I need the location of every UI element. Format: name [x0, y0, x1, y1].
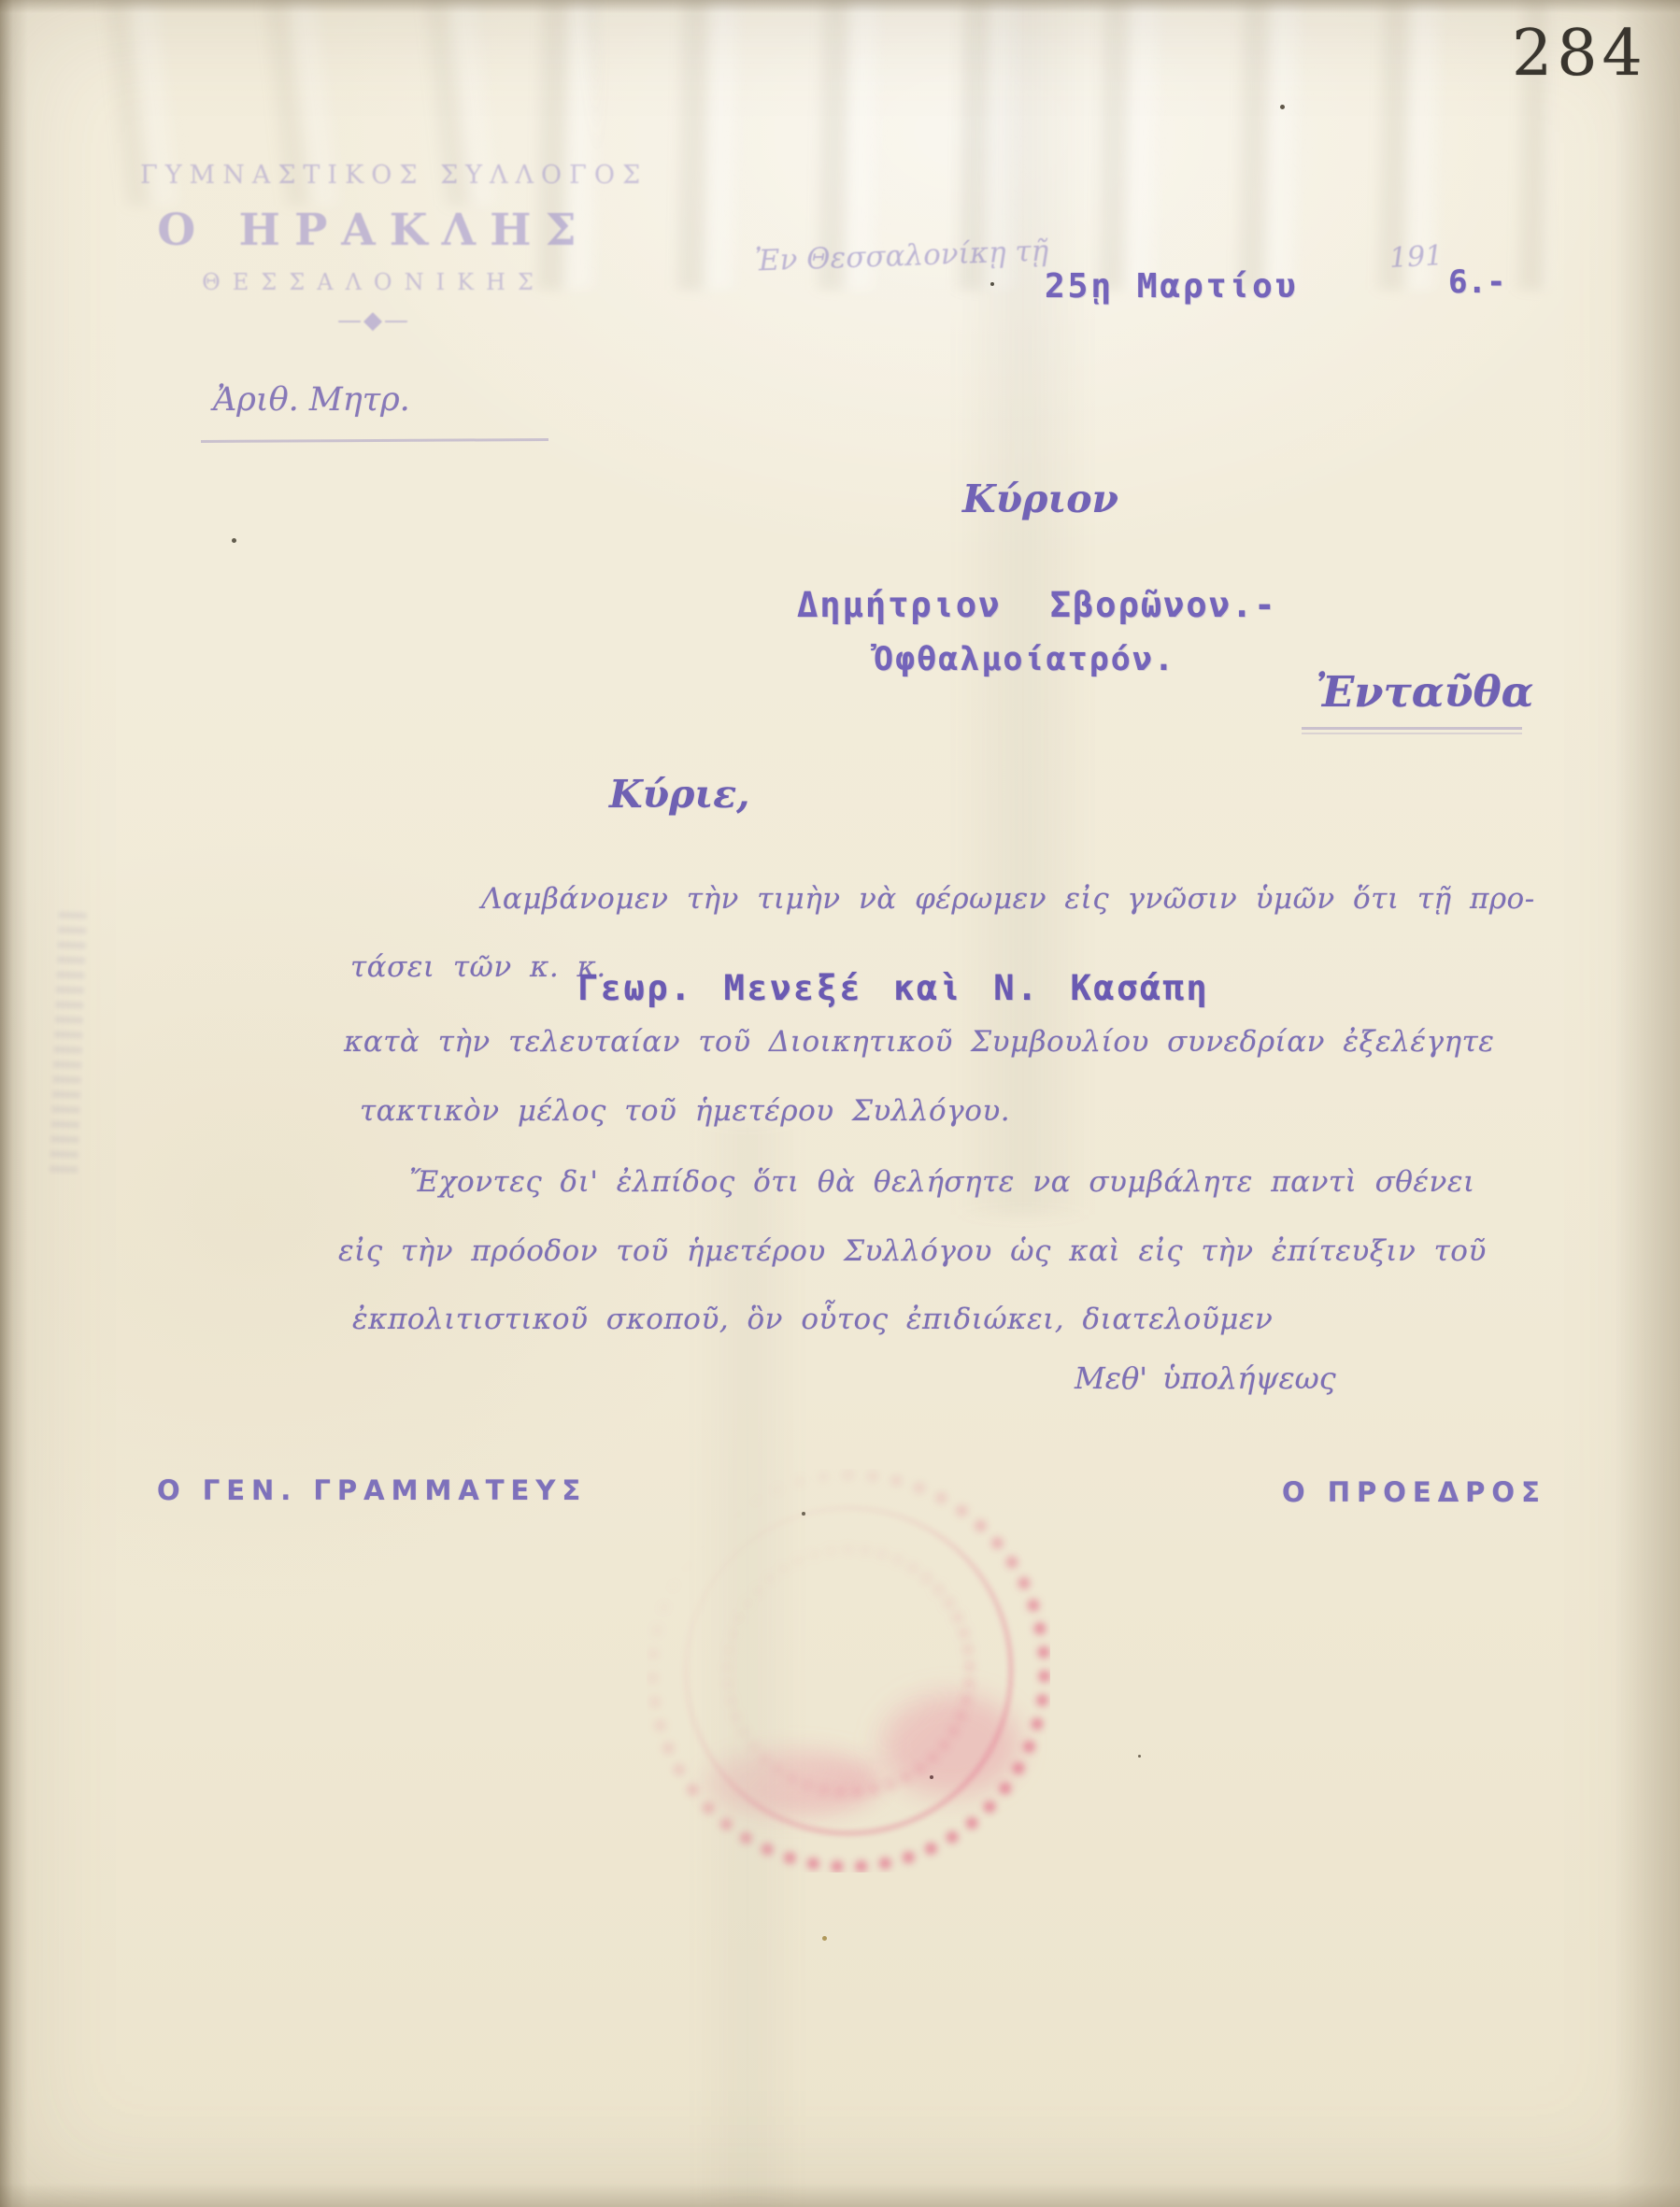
letterhead-club-type: ΓΥΜΝΑΣΤΙΚΟΣ ΣΥΛΛΟΓΟΣ: [140, 161, 607, 190]
scanned-letter-page: 284 ΓΥΜΝΑΣΤΙΚΟΣ ΣΥΛΛΟΓΟΣ Ο ΗΡΑΚΛΗΣ ΘΕΣΣΑ…: [0, 0, 1680, 2207]
body-line: κατὰ τὴν τελευταίαν τοῦ Διοικητικοῦ Συμβ…: [344, 1025, 1494, 1059]
letterhead-club-name: Ο ΗΡΑΚΛΗΣ: [140, 205, 607, 256]
body-line: τακτικὸν μέλος τοῦ ἡμετέρου Συλλόγου.: [360, 1094, 1010, 1128]
letterhead-city: ΘΕΣΣΑΛΟΝΙΚΗΣ: [140, 269, 607, 295]
seal-ink-blot: [880, 1693, 1020, 1796]
recipient-location: Ἐνταῦθα: [1316, 667, 1533, 717]
location-underline: [1302, 727, 1522, 730]
body-line: εἰς τὴν πρόοδον τοῦ ἡμετέρου Συλλόγου ὡς…: [338, 1234, 1487, 1268]
dateline-typed-day-month: 25ῃ Μαρτίου: [1045, 267, 1298, 306]
elected-members-names: Γεωρ. Μενεξέ καὶ Ν. Κασάπη: [577, 968, 1209, 1008]
location-underline: [1302, 733, 1522, 734]
recipient-name: Δημήτριον Σβορῶνον.-: [797, 585, 1277, 625]
paper-speck: [1280, 105, 1285, 109]
recipient-title: Ὀφθαλμοίατρόν.: [874, 641, 1175, 678]
dateline-preprinted-place: Ἐν Θεσσαλονίκῃ τῇ: [754, 235, 1048, 278]
dateline-preprinted-year: 191: [1388, 240, 1444, 276]
registry-number-rule: [201, 438, 548, 443]
body-line: τάσει τῶν κ. κ.: [350, 950, 606, 984]
letterhead-ornament: —◆—: [140, 306, 607, 335]
letter-greeting: Κύριε,: [609, 772, 749, 817]
ink-bleedthrough-smudge: [50, 911, 87, 1174]
page-number: 284: [1512, 17, 1647, 91]
president-signature-title: Ο ΠΡΟΕΔΡΟΣ: [1282, 1476, 1546, 1508]
dateline-typed-year-suffix: 6.-: [1448, 263, 1505, 301]
paper-speck: [822, 1936, 827, 1941]
body-line: Λαμβάνομεν τὴν τιμὴν νὰ φέρωμεν εἰς γνῶσ…: [481, 882, 1535, 916]
paper-speck: [990, 282, 994, 286]
registry-number-label: Ἀριθ. Μητρ.: [213, 381, 410, 419]
body-line: Ἔχοντες δι' ἐλπίδος ὅτι θὰ θελήσητε να σ…: [409, 1165, 1475, 1199]
scan-edge-shadow: [0, 0, 28, 2207]
scan-edge-shadow: [1615, 0, 1680, 2207]
seal-ink-blot: [703, 1749, 880, 1815]
recipient-salutation: Κύριον: [962, 477, 1118, 521]
paper-speck: [232, 538, 236, 543]
scan-edge-shadow: [0, 2183, 1680, 2207]
letter-closing: Μεθ' ὑπολήψεως: [1075, 1360, 1336, 1396]
scan-edge-shadow: [0, 0, 1680, 13]
red-circular-seal: [647, 1469, 1050, 1872]
body-line: ἐκπολιτιστικοῦ σκοποῦ, ὃν οὗτος ἐπιδιώκε…: [352, 1303, 1273, 1336]
paper-speck: [1138, 1755, 1141, 1758]
secretary-signature-title: Ο ΓΕΝ. ΓΡΑΜΜΑΤΕΥΣ: [157, 1474, 587, 1506]
letterhead: ΓΥΜΝΑΣΤΙΚΟΣ ΣΥΛΛΟΓΟΣ Ο ΗΡΑΚΛΗΣ ΘΕΣΣΑΛΟΝΙ…: [140, 161, 607, 335]
